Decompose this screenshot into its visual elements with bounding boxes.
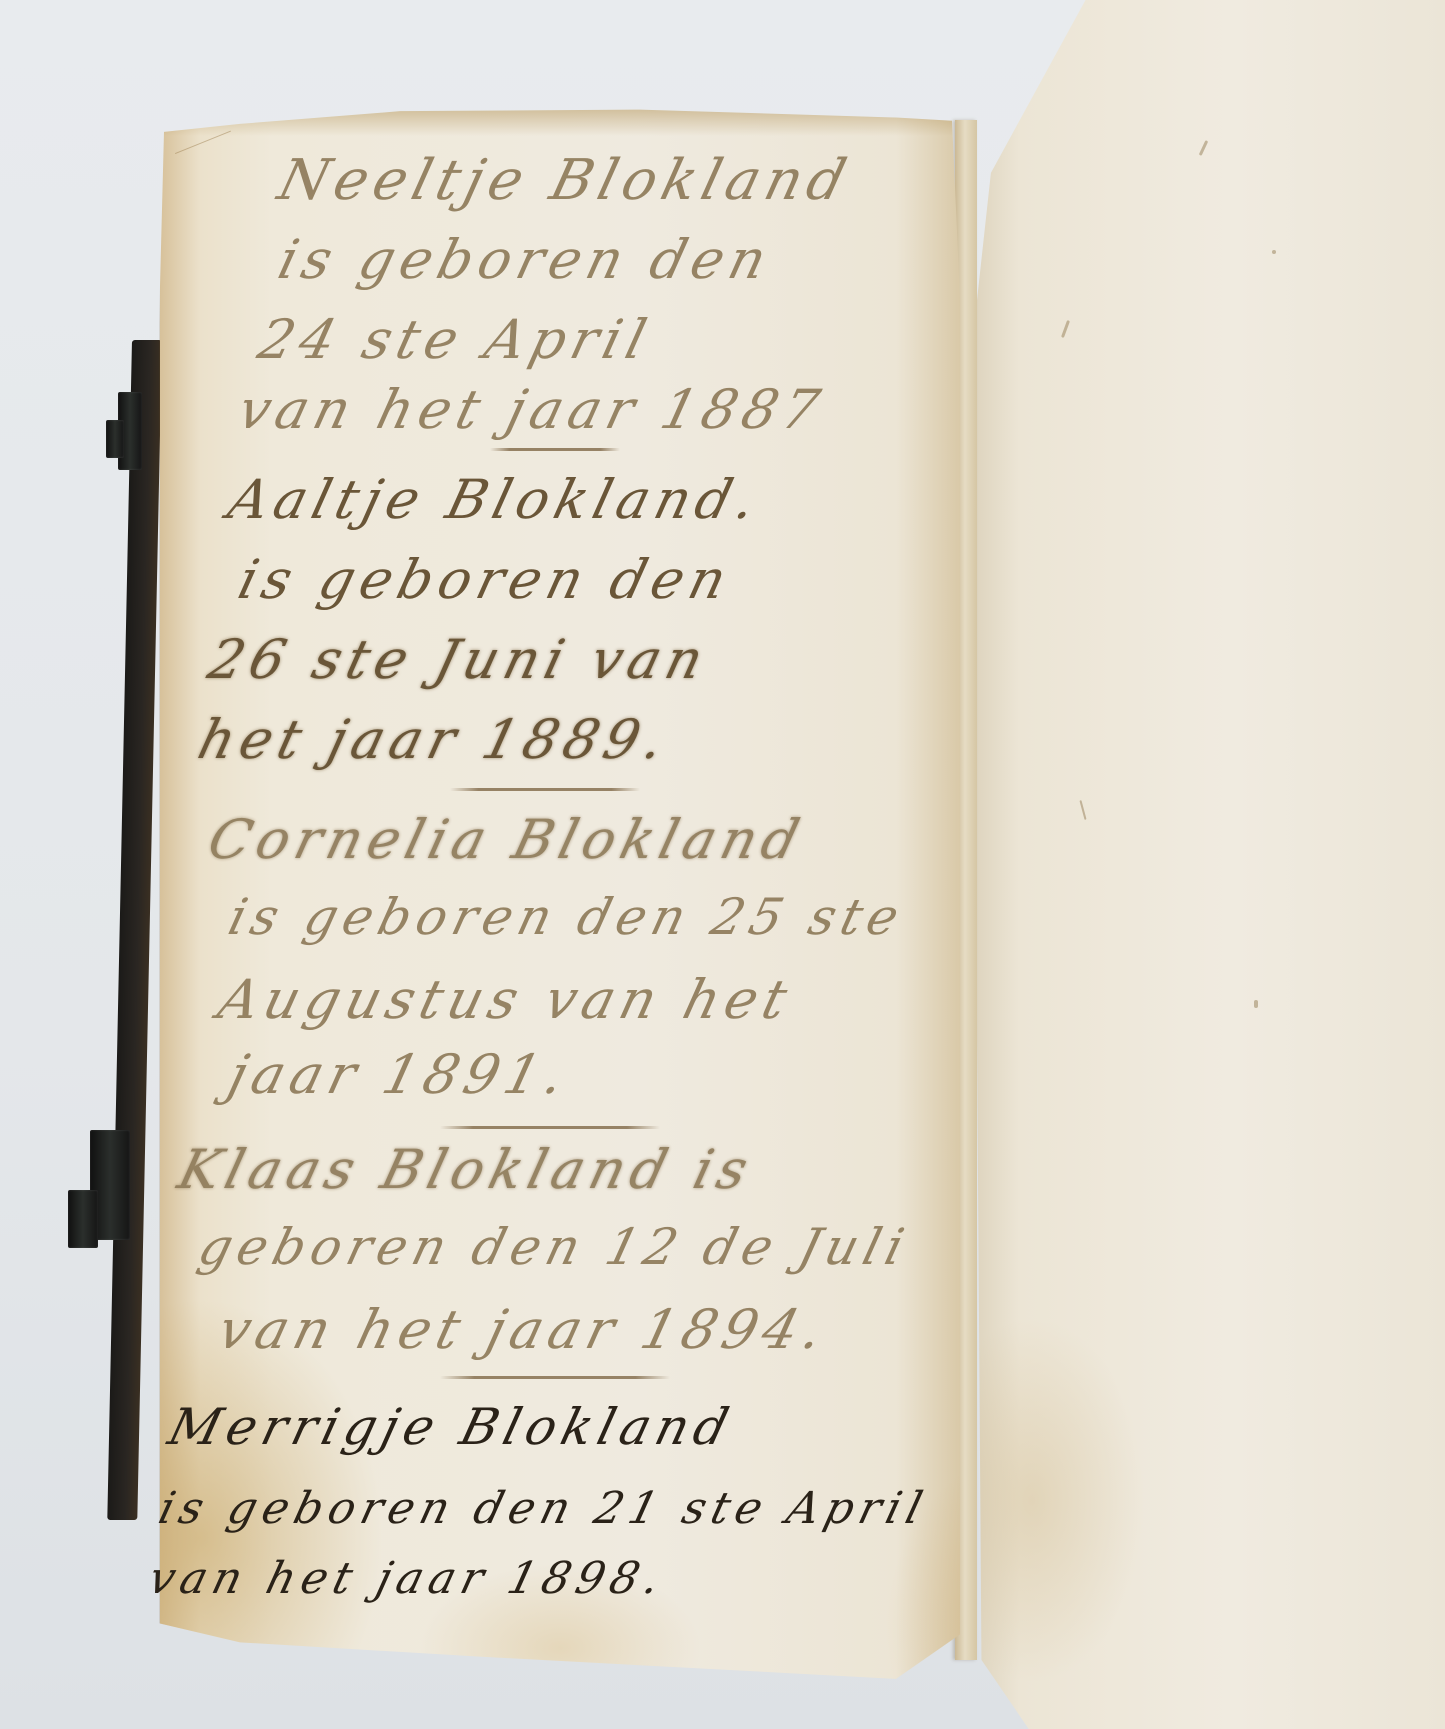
entry-line: Aaltje Blokland. (222, 468, 768, 531)
entry-line: Klaas Blokland is (172, 1138, 760, 1201)
entry-line: Neeltje Blokland (272, 148, 858, 213)
book-clasp-bottom-hinge (68, 1190, 98, 1248)
birth-register: Neeltje Blokland is geboren den 24 ste A… (160, 108, 960, 1698)
entry-line: van het jaar 1898. (144, 1553, 671, 1604)
entry-divider (440, 1376, 670, 1379)
entry-line: is geboren den (272, 228, 778, 291)
entry-line: het jaar 1889. (192, 708, 676, 771)
book-cover-edge (107, 340, 162, 1520)
entry-line: van het jaar 1887 (232, 378, 831, 441)
book-clasp-top-hinge (106, 420, 124, 458)
entry-line: is geboren den 25 ste (223, 888, 911, 946)
entry-line: jaar 1891. (222, 1043, 576, 1106)
entry-line: geboren den 12 de Juli (193, 1218, 916, 1276)
entry-divider (450, 788, 640, 791)
entry-line: Augustus van het (212, 968, 799, 1031)
entry-line: is geboren den 21 ste April (154, 1483, 934, 1534)
entry-line: van het jaar 1894. (212, 1298, 835, 1361)
entry-line: 26 ste Juni van (202, 628, 715, 691)
entry-line: is geboren den (232, 548, 738, 611)
entry-line: Cornelia Blokland (202, 808, 811, 871)
entry-divider (440, 1126, 660, 1129)
entry-line: Merrigje Blokland (163, 1398, 740, 1456)
blank-facing-page (972, 0, 1445, 1729)
entry-divider (490, 448, 620, 451)
entry-line: 24 ste April (252, 308, 658, 371)
